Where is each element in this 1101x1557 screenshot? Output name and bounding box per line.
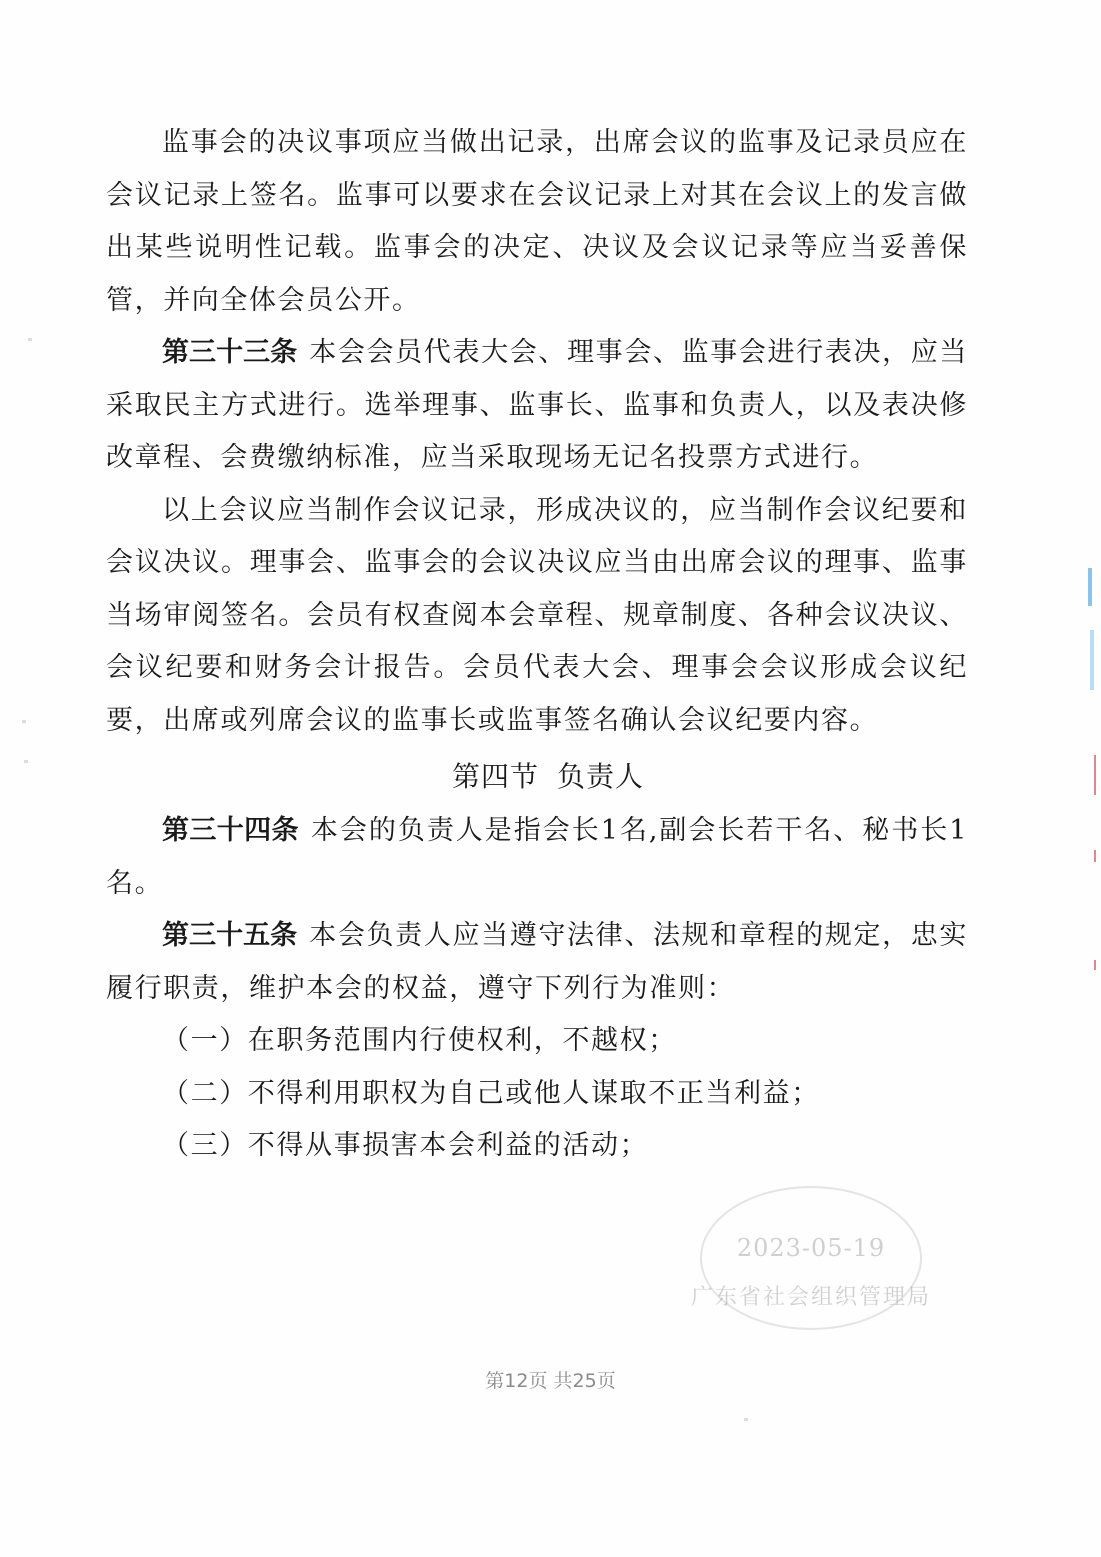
article-number: 第三十五条 (162, 920, 297, 951)
section-number: 第四节 (452, 760, 539, 793)
article-number: 第三十三条 (162, 337, 297, 368)
section-heading: 第四节负责人 (106, 749, 968, 805)
official-stamp: 2023-05-19 广东省社会组织管理局 (700, 1186, 922, 1330)
stamp-organization: 广东省社会组织管理局 (684, 1280, 938, 1311)
scan-edge-mark-blue (1090, 630, 1094, 690)
scan-edge-mark-red (1094, 755, 1096, 795)
document-page: 监事会的决议事项应当做出记录，出席会议的监事及记录员应在会议记录上签名。监事可以… (0, 0, 1101, 1557)
scan-speck (24, 760, 28, 763)
scan-edge-mark-blue (1088, 568, 1092, 606)
article-35: 第三十五条本会负责人应当遵守法律、法规和章程的规定，忠实履行职责，维护本会的权益… (106, 910, 968, 1015)
list-item: （二）不得利用职权为自己或他人谋取不正当利益； (106, 1068, 968, 1121)
paragraph-supervisory-records: 监事会的决议事项应当做出记录，出席会议的监事及记录员应在会议记录上签名。监事可以… (106, 117, 968, 327)
list-item: （三）不得从事损害本会利益的活动； (106, 1120, 968, 1173)
scan-edge-mark-red (1094, 850, 1096, 862)
page-number-footer: 第12页 共25页 (0, 1366, 1101, 1393)
document-body: 监事会的决议事项应当做出记录，出席会议的监事及记录员应在会议记录上签名。监事可以… (106, 117, 968, 1173)
scan-speck (744, 1418, 748, 1421)
scan-speck (28, 338, 32, 341)
article-number: 第三十四条 (162, 815, 299, 846)
scan-speck (22, 720, 26, 723)
stamp-date: 2023-05-19 (702, 1234, 920, 1262)
section-title-text: 负责人 (557, 760, 644, 793)
article-34: 第三十四条本会的负责人是指会长1名,副会长若干名、秘书长1名。 (106, 805, 968, 910)
paragraph-meeting-minutes: 以上会议应当制作会议记录，形成决议的，应当制作会议纪要和会议决议。理事会、监事会… (106, 485, 968, 748)
list-item: （一）在职务范围内行使权利，不越权； (106, 1015, 968, 1068)
article-33: 第三十三条本会会员代表大会、理事会、监事会进行表决，应当采取民主方式进行。选举理… (106, 327, 968, 485)
scan-edge-mark-red (1094, 960, 1096, 970)
